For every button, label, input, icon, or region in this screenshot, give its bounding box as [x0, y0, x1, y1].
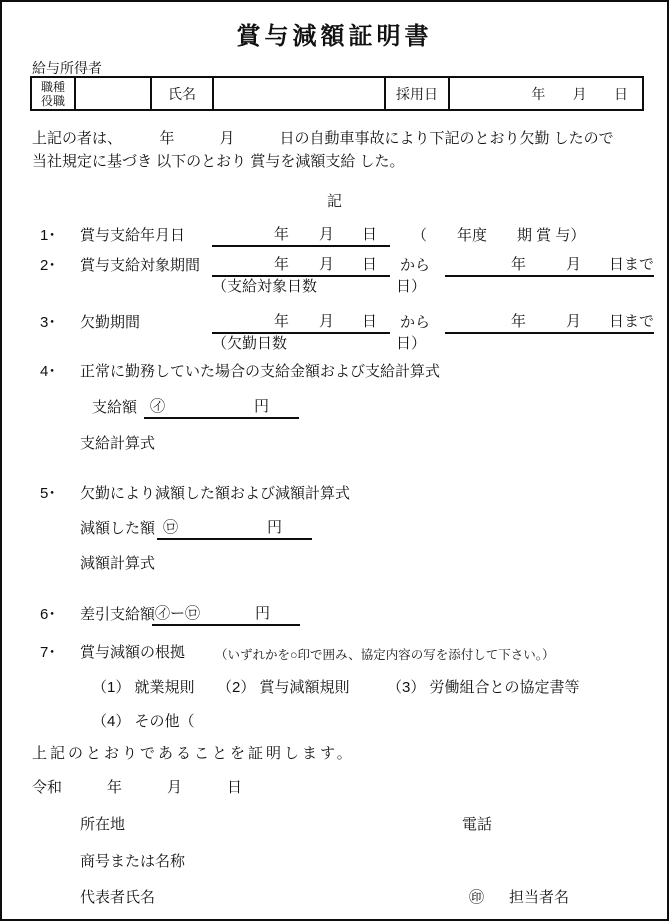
item-4-amount-row: 支給額 ㋑ 円 [2, 398, 667, 420]
item-5-row: 5･ 欠勤により減額した額および減額計算式 [2, 484, 667, 506]
bonus-reduction-certificate-form: 賞与減額証明書 給与所得者 職種 役職 氏名 採用日 年 月 日 上記の者は、 … [0, 0, 669, 921]
year-unit: 年 [531, 84, 545, 104]
item-2-end-date-field: 年 月 日まで [445, 256, 654, 277]
role-header-cell: 職種 役職 [32, 78, 76, 109]
memo-heading: 記 [2, 190, 667, 211]
hire-date-header-cell: 採用日 [386, 78, 450, 109]
item-6-label: 差引支給額 [80, 605, 155, 625]
company-name-label: 商号または名称 [80, 852, 185, 872]
item-2-subrow: （支給対象日数 日） [2, 277, 667, 299]
item-7-label: 賞与減額の根拠 [80, 643, 185, 663]
contact-person-label: 担当者名 [509, 888, 569, 908]
company-name-row: 商号または名称 [2, 852, 667, 874]
address-row: 所在地 電話 [2, 815, 667, 837]
day-unit: 日 [614, 84, 628, 104]
item-4-number: 4･ [40, 362, 56, 382]
reduction-formula-label: 減額計算式 [80, 554, 155, 574]
hire-date-value-cell: 年 月 日 [450, 78, 642, 109]
reduced-amount-label: 減額した額 [80, 519, 155, 539]
mark-i-circled: ㋑ [150, 397, 165, 417]
item-4-row: 4･ 正常に勤務していた場合の支給金額および支給計算式 [2, 362, 667, 384]
item-2-days-field: （支給対象日数 日） [212, 277, 426, 297]
item-5-amount-row: 減額した額 ㋺ 円 [2, 519, 667, 541]
item-7-other-row: （4） その他（ [2, 712, 667, 734]
item-3-start-date-field: 年 月 日 [212, 313, 390, 334]
item-3-row: 3･ 欠勤期間 年 月 日 から 年 月 日まで [2, 313, 667, 335]
employee-info-table: 職種 役職 氏名 採用日 年 月 日 [30, 76, 644, 111]
item-7-instruction-note: （いずれかを○印で囲み、協定内容の写を添付して下さい。） [215, 645, 555, 665]
intro-line-2: 当社規定に基づき 以下のとおり 賞与を減額支給 した。 [32, 150, 405, 171]
item-3-number: 3･ [40, 313, 56, 333]
item-7-options-row: （1） 就業規則 （2） 賞与減額規則 （3） 労働組合との協定書等 [2, 678, 667, 700]
address-label: 所在地 [80, 815, 125, 835]
payment-amount-label: 支給額 [92, 398, 137, 418]
representative-name-label: 代表者氏名 [80, 888, 155, 908]
item-5-number: 5･ [40, 484, 56, 504]
name-value-cell [214, 78, 386, 109]
payment-amount-field: ㋑ 円 [144, 398, 299, 419]
from-label: から [400, 313, 430, 333]
item-3-subrow: （欠勤日数 日） [2, 334, 667, 356]
item-1-date-field: 年 月 日 [212, 226, 390, 247]
role-value-cell [76, 78, 152, 109]
item-5-formula-row: 減額計算式 [2, 554, 667, 576]
certification-statement: 上記のとおりであることを証明します。 [32, 744, 355, 764]
from-label: から [400, 256, 430, 276]
item-3-label: 欠勤期間 [80, 313, 140, 333]
option-work-rules: （1） 就業規則 [92, 678, 195, 698]
phone-label: 電話 [462, 815, 492, 835]
item-6-number: 6･ [40, 605, 56, 625]
salary-earner-label: 給与所得者 [32, 58, 102, 78]
name-header-cell: 氏名 [152, 78, 214, 109]
signature-date-row: 令和 年 月 日 [2, 778, 667, 800]
page-title: 賞与減額証明書 [2, 16, 667, 51]
item-3-end-date-field: 年 月 日まで [445, 313, 654, 334]
item-5-label: 欠勤により減額した額および減額計算式 [80, 484, 350, 504]
representative-row: 代表者氏名 ㊞ 担当者名 [2, 888, 667, 910]
option-union-agreement: （3） 労働組合との協定書等 [387, 678, 580, 698]
seal-icon: ㊞ [469, 888, 484, 908]
item-1-row: 1･ 賞与支給年月日 年 月 日 （ 年度 期 賞 与） [2, 226, 667, 248]
item-7-row: 7･ 賞与減額の根拠 （いずれかを○印で囲み、協定内容の写を添付して下さい。） [2, 643, 667, 665]
item-2-label: 賞与支給対象期間 [80, 256, 200, 276]
item-2-row: 2･ 賞与支給対象期間 年 月 日 から 年 月 日まで [2, 256, 667, 278]
item-2-number: 2･ [40, 256, 56, 276]
payment-formula-label: 支給計算式 [80, 434, 155, 454]
item-7-number: 7･ [40, 643, 56, 663]
intro-line-1: 上記の者は、 年 月 日の自動車事故により下記のとおり欠勤 したので [32, 127, 614, 148]
option-bonus-reduction-rules: （2） 賞与減額規則 [217, 678, 350, 698]
mark-i-minus-ro: ㋑ー㋺ [155, 604, 200, 624]
certify-row: 上記のとおりであることを証明します。 [2, 744, 667, 766]
mark-ro-circled: ㋺ [163, 518, 178, 538]
item-6-row: 6･ 差引支給額 ㋑ー㋺ 円 [2, 605, 667, 627]
net-payment-field: ㋑ー㋺ 円 [152, 605, 300, 626]
item-1-label: 賞与支給年月日 [80, 226, 185, 246]
reduced-amount-field: ㋺ 円 [157, 519, 312, 540]
month-unit: 月 [573, 84, 587, 104]
item-1-bonus-period-note: （ 年度 期 賞 与） [412, 226, 585, 246]
item-4-label: 正常に勤務していた場合の支給金額および支給計算式 [80, 362, 440, 382]
era-date-line: 令和 年 月 日 [32, 778, 242, 798]
item-2-start-date-field: 年 月 日 [212, 256, 390, 277]
item-3-days-field: （欠勤日数 日） [212, 334, 426, 354]
item-1-number: 1･ [40, 226, 56, 246]
option-other: （4） その他（ [92, 712, 195, 732]
item-4-formula-row: 支給計算式 [2, 434, 667, 456]
